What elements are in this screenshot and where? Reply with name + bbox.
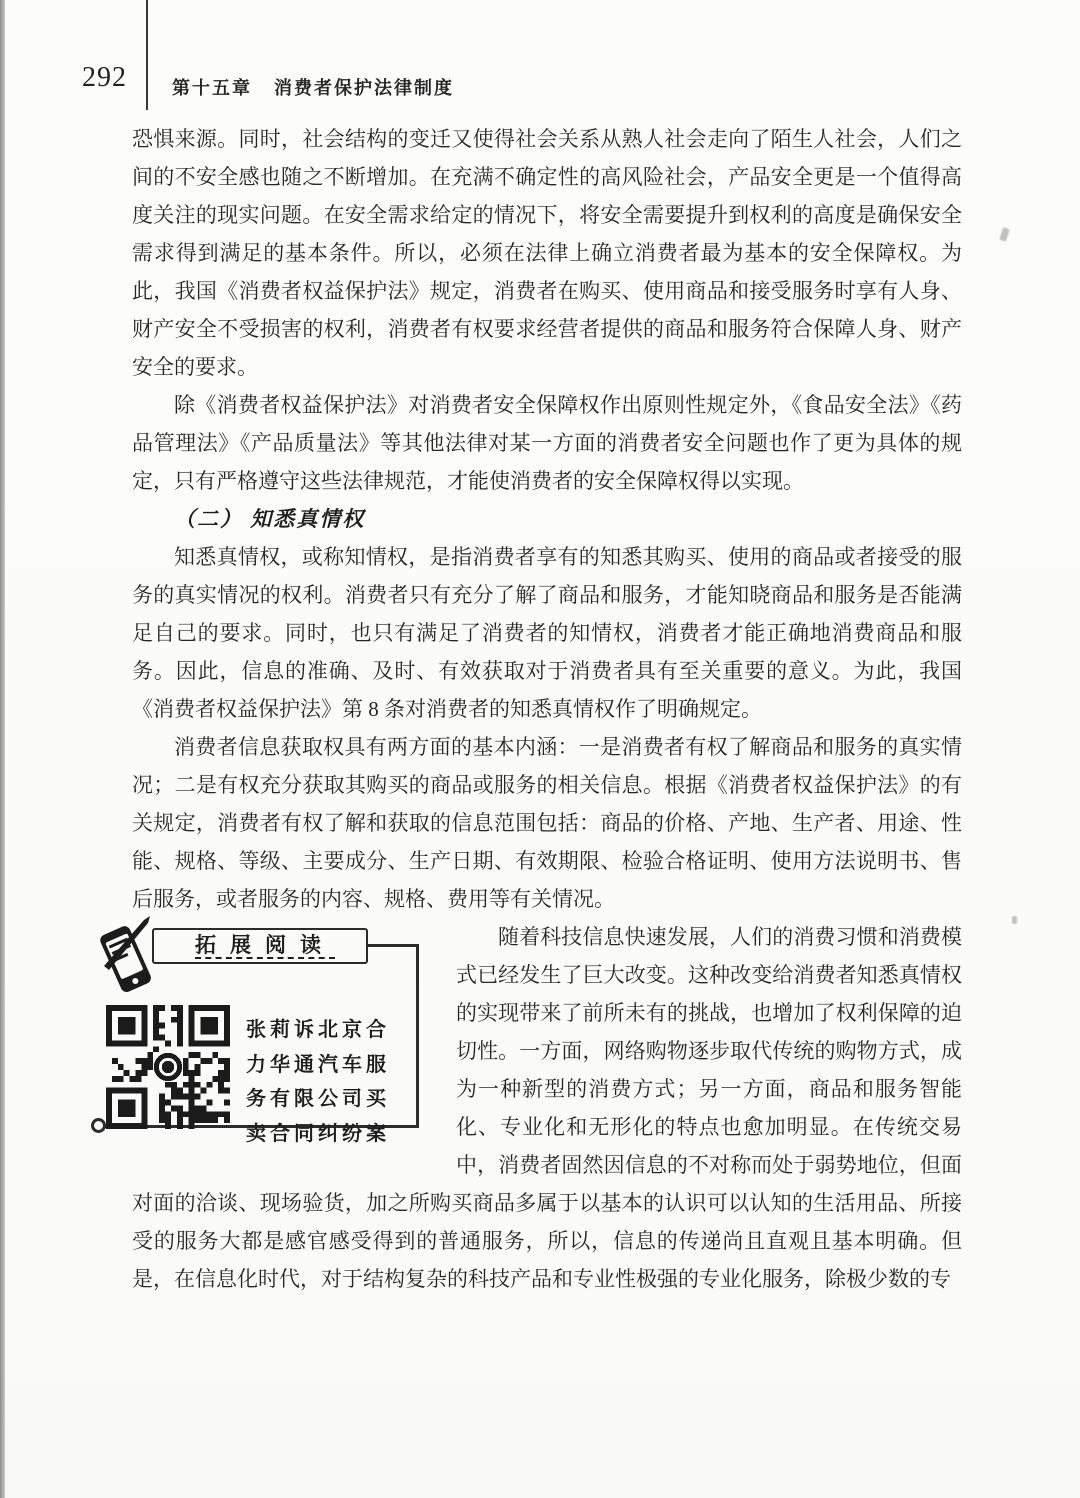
page-body: 恐惧来源。同时，社会结构的变迁又使得社会关系从熟人社会走向了陌生人社会，人们之间… (132, 120, 962, 1298)
page-number: 292 (82, 62, 127, 94)
frame-end-circle (91, 1118, 106, 1133)
caption-line: 务有限公司买 (246, 1082, 406, 1117)
caption-line: 力华通汽车服 (246, 1048, 406, 1083)
paragraph: 恐惧来源。同时，社会结构的变迁又使得社会关系从熟人社会走向了陌生人社会，人们之间… (132, 120, 962, 386)
scan-speck (1012, 916, 1017, 924)
reading-banner: 拓展阅读 (152, 928, 368, 964)
reading-caption: 张莉诉北京合 力华通汽车服 务有限公司买 卖合同纠纷案 (246, 1013, 406, 1151)
caption-line: 张莉诉北京合 (246, 1013, 406, 1048)
extended-reading-box: 张莉诉北京合 力华通汽车服 务有限公司买 卖合同纠纷案 拓展阅读 (100, 920, 430, 1154)
reading-banner-label: 拓展阅读 (185, 927, 335, 965)
header-divider (146, 0, 148, 110)
paragraph: 消费者信息获取权具有两方面的基本内涵：一是消费者有权了解商品和服务的真实情况；二… (132, 728, 962, 918)
chapter-title: 消费者保护法律制度 (274, 78, 454, 98)
scan-speck (999, 227, 1010, 242)
section-heading: （二） 知悉真情权 (132, 500, 962, 538)
paragraph: 知悉真情权，或称知情权，是指消费者享有的知悉其购买、使用的商品或者接受的服务的真… (132, 538, 962, 728)
scan-edge-strip (0, 0, 5, 1498)
phone-stylus-icon (94, 914, 158, 1006)
qr-code (106, 1005, 230, 1129)
running-header: 第十五章消费者保护法律制度 (172, 74, 454, 100)
paragraph: 除《消费者权益保护法》对消费者安全保障权作出原则性规定外，《食品安全法》《药品管… (132, 386, 962, 500)
caption-line: 卖合同纠纷案 (246, 1117, 406, 1152)
chapter-number: 第十五章 (172, 78, 252, 98)
